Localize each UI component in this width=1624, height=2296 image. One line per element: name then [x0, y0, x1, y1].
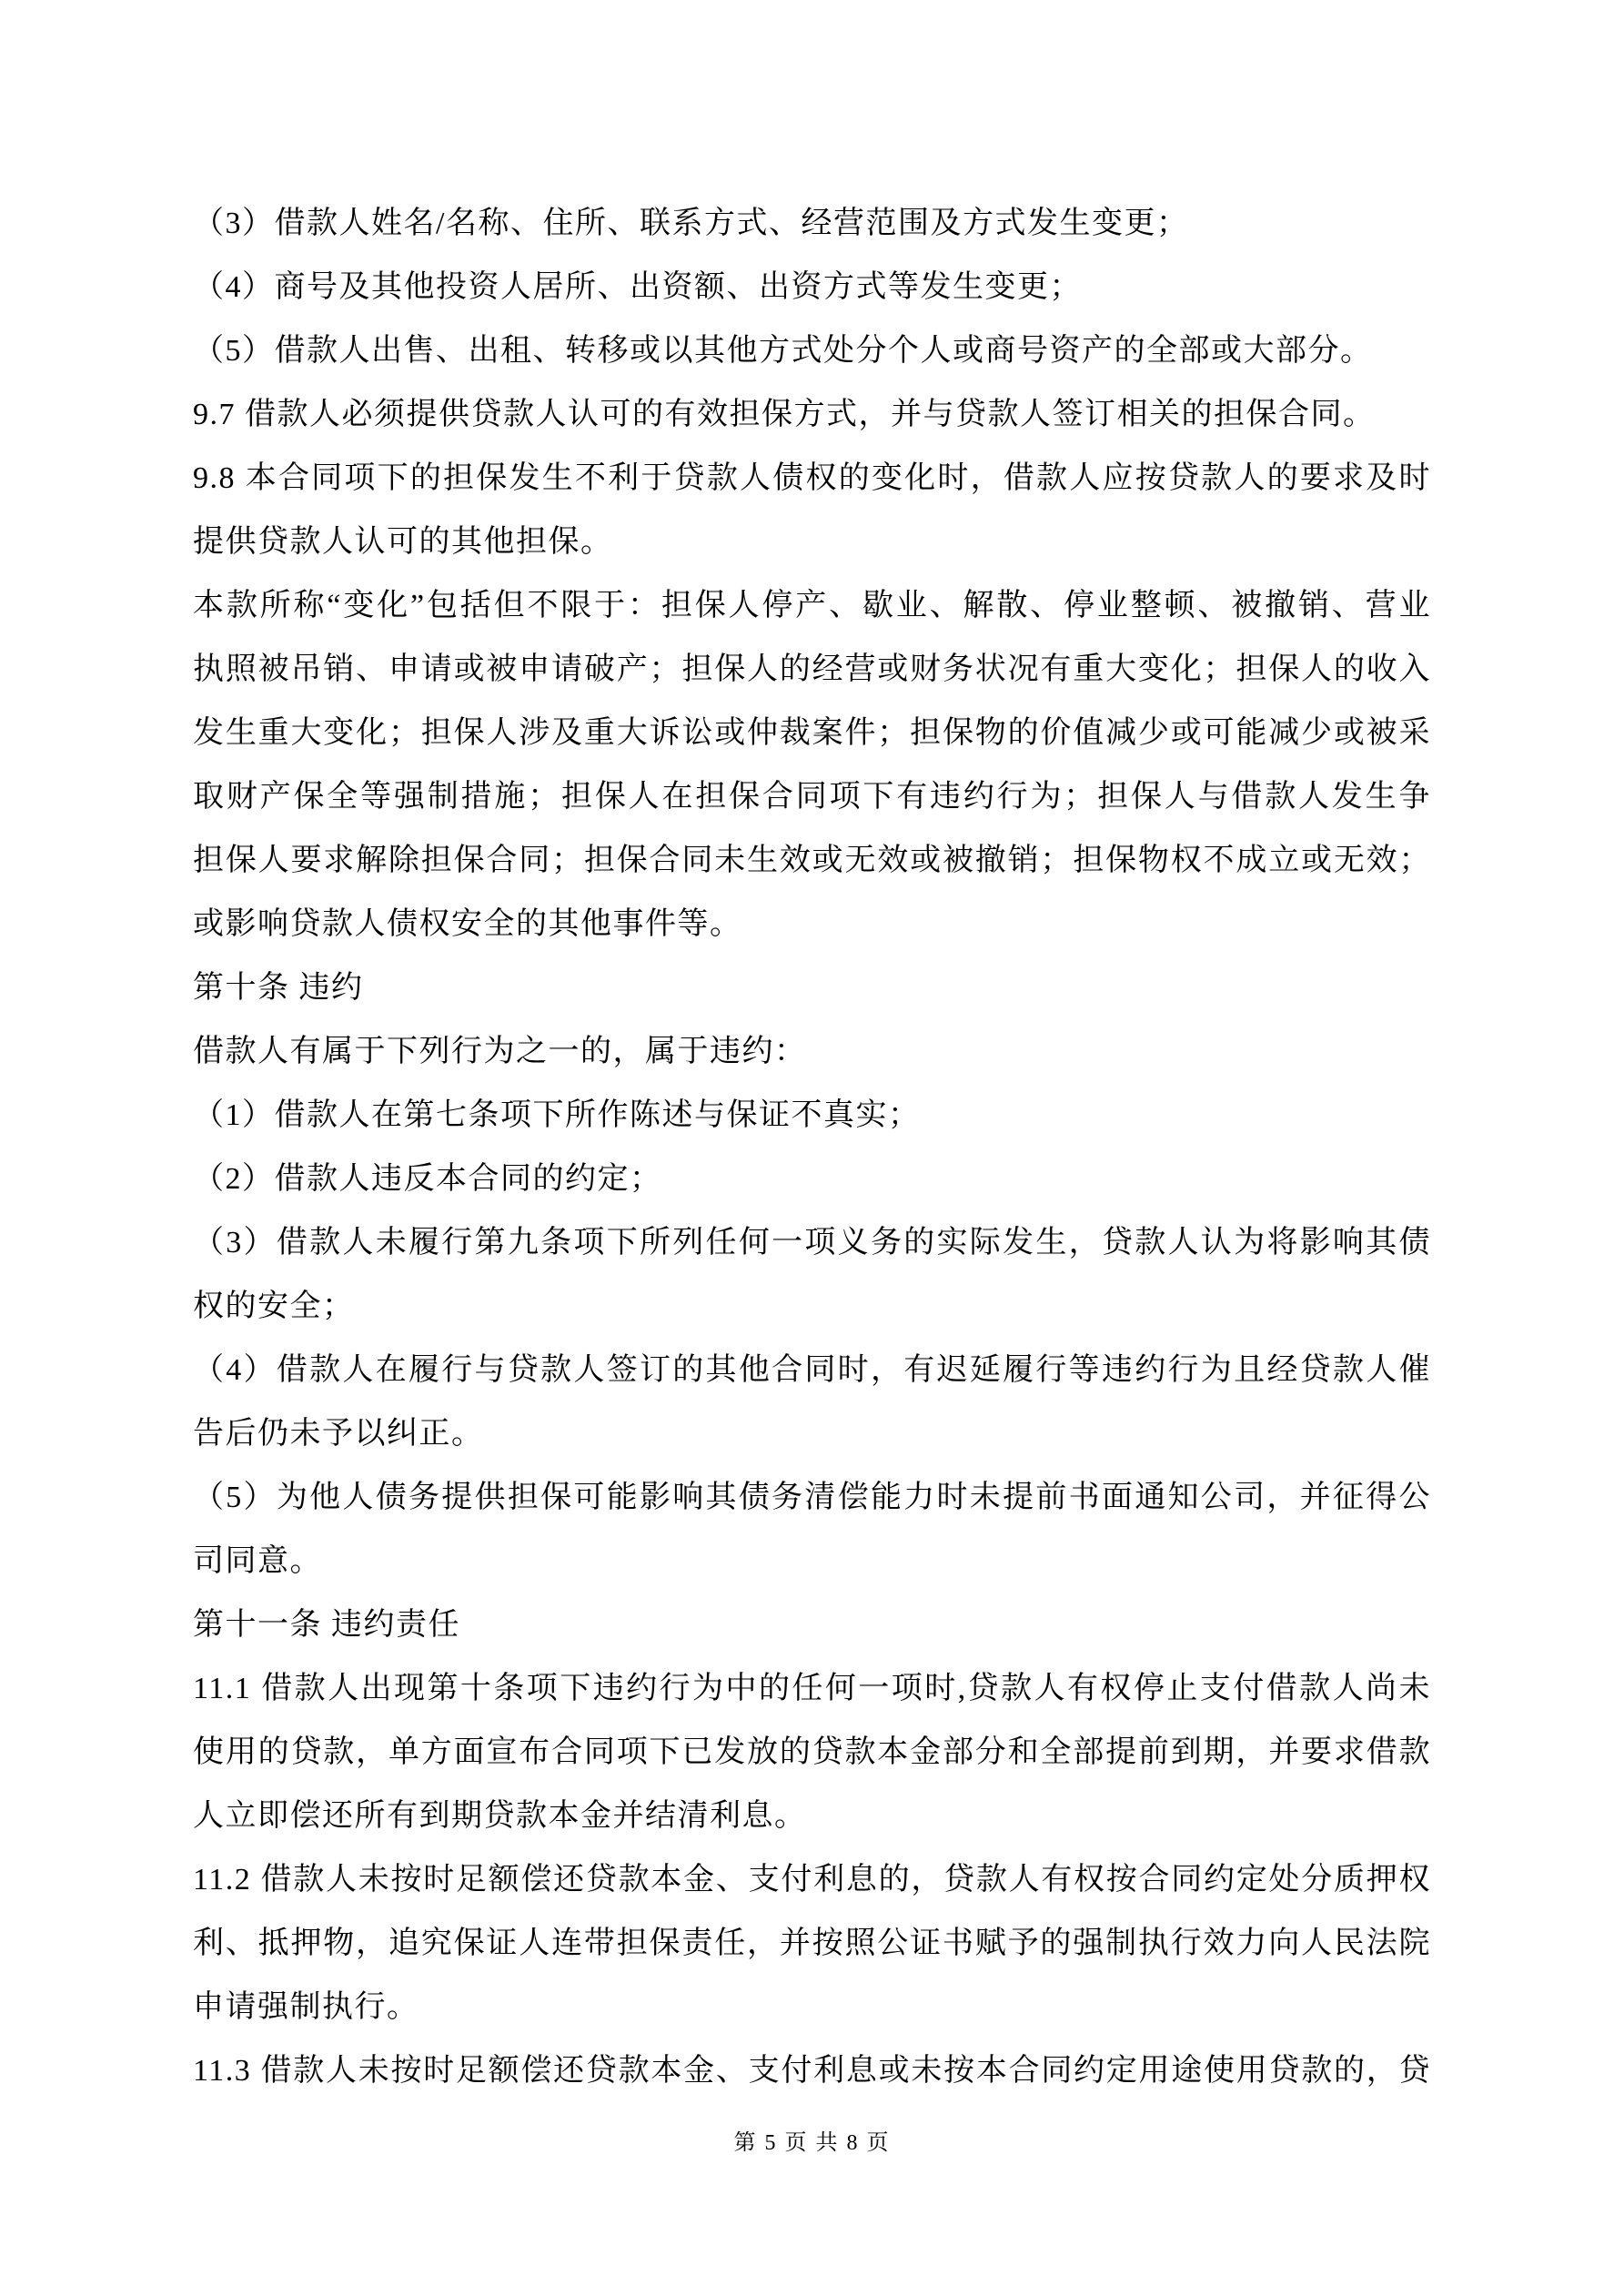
clause-item: （1）借款人在第七条项下所作陈述与保证不真实；: [193, 1084, 1431, 1148]
clause-11-2-continued: 利、抵押物，追究保证人连带担保责任，并按照公证书赋予的强制执行效力向人民法院: [193, 1912, 1431, 1976]
paragraph-intro: 借款人有属于下列行为之一的，属于违约：: [193, 1020, 1431, 1084]
clause-item-continued: 权的安全；: [193, 1275, 1431, 1339]
paragraph-definition-end: 或影响贷款人债权安全的其他事件等。: [193, 893, 1431, 956]
clause-9-7: 9.7 借款人必须提供贷款人认可的有效担保方式，并与贷款人签订相关的担保合同。: [193, 383, 1431, 447]
clause-item: （3）借款人姓名/名称、住所、联系方式、经营范围及方式发生变更；: [193, 192, 1431, 256]
clause-11-1-continued: 使用的贷款，单方面宣布合同项下已发放的贷款本金部分和全部提前到期，并要求借款: [193, 1721, 1431, 1785]
clause-item-continued: 司同意。: [193, 1530, 1431, 1593]
page-footer: 第 5 页 共 8 页: [193, 2111, 1431, 2175]
clause-11-2-continued: 申请强制执行。: [193, 1976, 1431, 2039]
clause-9-8-continued: 提供贷款人认可的其他担保。: [193, 511, 1431, 574]
clause-11-3: 11.3 借款人未按时足额偿还贷款本金、支付利息或未按本合同约定用途使用贷款的，…: [193, 2039, 1431, 2103]
clause-item: （4）商号及其他投资人居所、出资额、出资方式等发生变更；: [193, 256, 1431, 319]
clause-11-1-continued: 人立即偿还所有到期贷款本金并结清利息。: [193, 1785, 1431, 1848]
paragraph-definition: 本款所称“变化”包括但不限于：担保人停产、歇业、解散、停业整顿、被撤销、营业: [193, 574, 1431, 638]
contract-page: （3）借款人姓名/名称、住所、联系方式、经营范围及方式发生变更； （4）商号及其…: [0, 0, 1624, 2296]
paragraph-definition: 取财产保全等强制措施；担保人在担保合同项下有违约行为；担保人与借款人发生争议；: [193, 765, 1431, 829]
clause-item: （5）为他人债务提供担保可能影响其债务清偿能力时未提前书面通知公司，并征得公: [193, 1466, 1431, 1530]
clause-11-1: 11.1 借款人出现第十条项下违约行为中的任何一项时,贷款人有权停止支付借款人尚…: [193, 1657, 1431, 1721]
clause-11-2: 11.2 借款人未按时足额偿还贷款本金、支付利息的，贷款人有权按合同约定处分质押…: [193, 1848, 1431, 1912]
paragraph-definition: 执照被吊销、申请或被申请破产；担保人的经营或财务状况有重大变化；担保人的收入: [193, 638, 1431, 702]
clause-item: （3）借款人未履行第九条项下所列任何一项义务的实际发生，贷款人认为将影响其债: [193, 1211, 1431, 1275]
page-number: 第 5 页 共 8 页: [734, 2131, 891, 2155]
section-heading-article-11: 第十一条 违约责任: [193, 1593, 1431, 1657]
paragraph-definition: 担保人要求解除担保合同；担保合同未生效或无效或被撤销；担保物权不成立或无效；: [193, 829, 1431, 893]
clause-item: （5）借款人出售、出租、转移或以其他方式处分个人或商号资产的全部或大部分。: [193, 319, 1431, 383]
section-heading-article-10: 第十条 违约: [193, 956, 1431, 1020]
clause-item: （4）借款人在履行与贷款人签订的其他合同时，有迟延履行等违约行为且经贷款人催: [193, 1339, 1431, 1402]
paragraph-definition: 发生重大变化；担保人涉及重大诉讼或仲裁案件；担保物的价值减少或可能减少或被采: [193, 702, 1431, 765]
clause-9-8: 9.8 本合同项下的担保发生不利于贷款人债权的变化时，借款人应按贷款人的要求及时: [193, 447, 1431, 511]
clause-item-continued: 告后仍未予以纠正。: [193, 1402, 1431, 1466]
clause-item: （2）借款人违反本合同的约定；: [193, 1148, 1431, 1211]
